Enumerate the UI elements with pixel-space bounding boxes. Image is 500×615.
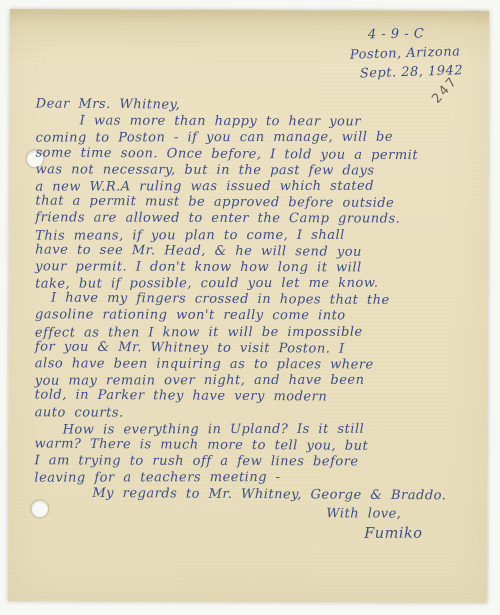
letter-line: leaving for a teachers meeting - (34, 470, 482, 487)
salutation: Dear Mrs. Whitney, (36, 96, 484, 115)
date-line: Sept. 28, 1942 (350, 60, 491, 83)
letter-line: warm? There is much more to tell you, bu… (34, 436, 482, 455)
letter-line: auto courts. (35, 405, 483, 423)
letter-line: I am trying to rush off a few lines befo… (34, 453, 482, 471)
letter-line: your permit. I don't know how long it wi… (35, 259, 483, 277)
letter-header: 4 - 9 - C Poston, Arizona Sept. 28, 1942 (350, 24, 490, 81)
letter-line: was not necessary, but in the past few d… (35, 162, 483, 180)
closing: With love, (34, 505, 482, 523)
regards-line: My regards to Mr. Whitney, George & Brad… (34, 485, 482, 504)
scan-background: { "document": { "kind": "handwritten-let… (0, 0, 500, 615)
letter-line: have to see Mr. Head, & he will send you (35, 242, 483, 261)
letter-line: for you & Mr. Whitney to visit Poston. I (35, 339, 483, 358)
letter-line: some time soon. Once before, I told you … (35, 145, 483, 164)
letter-line: friends are allowed to enter the Camp gr… (35, 211, 483, 229)
letter-line: effect as then I know it will be impossi… (35, 324, 483, 341)
signature: Fumiko (34, 525, 482, 542)
letter-line: I was more than happy to hear your (36, 113, 484, 131)
letter-line: also have been inquiring as to places wh… (35, 356, 483, 374)
letter-line: coming to Poston - if you can manage, wi… (36, 130, 484, 147)
letter-line: This means, if you plan to come, I shall (35, 227, 483, 244)
letter-body: Dear Mrs. Whitney, I was more than happy… (34, 97, 484, 543)
letter-line: gasoline rationing won't really come int… (35, 308, 483, 326)
letter-paper: 247 4 - 9 - C Poston, Arizona Sept. 28, … (8, 9, 489, 603)
letter-line: that a permit must be approved before ou… (35, 194, 483, 213)
letter-line: I have my fingers crossed in hopes that … (35, 291, 483, 310)
